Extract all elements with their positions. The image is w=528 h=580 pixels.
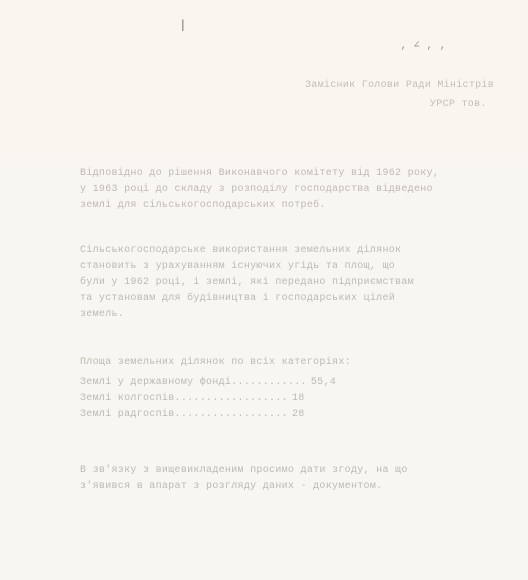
list-item-dots: ............: [231, 377, 307, 388]
list-item: Землі колгоспів..................18: [80, 393, 305, 404]
list-item-value: 55,4: [311, 377, 336, 388]
list-item-dots: ..................: [175, 393, 288, 404]
list-item-dots: ..................: [175, 409, 288, 420]
list-item-label: Землі у державному фонді: [80, 377, 231, 388]
paragraph-line: були у 1962 році, і землі, які передано …: [80, 277, 414, 288]
paragraph-line: з'явився в апарат з розгляду даних - док…: [80, 481, 382, 492]
list-item: Землі радгоспів..................28: [80, 409, 305, 420]
list-item-label: Землі радгоспів: [80, 409, 175, 420]
list-intro: Площа земельних ділянок по всіх категорі…: [80, 357, 351, 368]
paragraph-line: землі для сільськогосподарських потреб.: [80, 200, 326, 211]
recipient-name: УРСР тов.: [430, 99, 487, 110]
recipient-title: Замісник Голови Ради Міністрів: [305, 80, 494, 91]
paragraph-line: В зв'язку з вищевикладеним просимо дати …: [80, 465, 408, 476]
paragraph-line: Сільськогосподарське використання земель…: [80, 245, 401, 256]
paragraph-line: становить з урахуванням існуючих угідь т…: [80, 261, 395, 272]
paragraph-line: земель.: [80, 309, 124, 320]
list-item: Землі у державному фонді............55,4: [80, 377, 336, 388]
scanned-document-page: ǀ ‚ ∠ , , Замісник Голови Ради Міністрів…: [0, 0, 528, 580]
list-item-value: 28: [292, 409, 305, 420]
list-item-label: Землі колгоспів: [80, 393, 175, 404]
handwritten-marks: ‚ ∠ , ,: [400, 38, 446, 52]
ink-mark: ǀ: [178, 18, 188, 36]
paragraph-line: Відповідно до рішення Виконавчого коміте…: [80, 168, 439, 179]
paragraph-line: у 1963 році до складу з розподілу господ…: [80, 184, 433, 195]
paragraph-line: та установам для будівництва і господарс…: [80, 293, 395, 304]
list-item-value: 18: [292, 393, 305, 404]
